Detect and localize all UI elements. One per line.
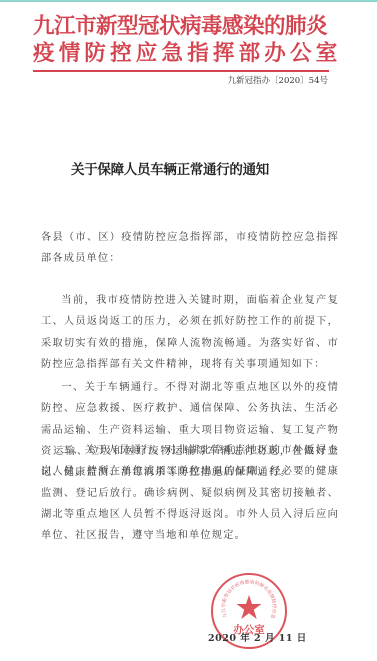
salutation: 各县（市、区）疫情防控应急指挥部，市疫情防控应急指挥部各成员单位：	[41, 227, 339, 270]
paragraph-personnel-passage: 二、关于人员通行。对非湖北等重点地区的市外返浔上岗人员，持所在单位或用工单位出具…	[41, 440, 339, 546]
star-icon	[236, 594, 262, 620]
paragraph-intro: 当前，我市疫情防控进入关键时期，面临着企业复产复工、人员返岗返工的压力，必须在抓…	[41, 290, 339, 375]
notice-title: 关于保障人员车辆正常通行的通知	[71, 158, 269, 178]
signature-date: 2020 年 2 月 11 日	[208, 630, 307, 644]
document-number: 九新冠指办〔2020〕54号	[228, 74, 328, 86]
org-name-line2: 疫情防控应急指挥部办公室	[33, 41, 333, 67]
org-name-line1: 九江市新型冠状病毒感染的肺炎	[33, 14, 333, 40]
red-header-rule	[33, 70, 329, 72]
document-page: 九江市新型冠状病毒感染的肺炎 疫情防控应急指挥部办公室 九新冠指办〔2020〕5…	[0, 0, 377, 661]
